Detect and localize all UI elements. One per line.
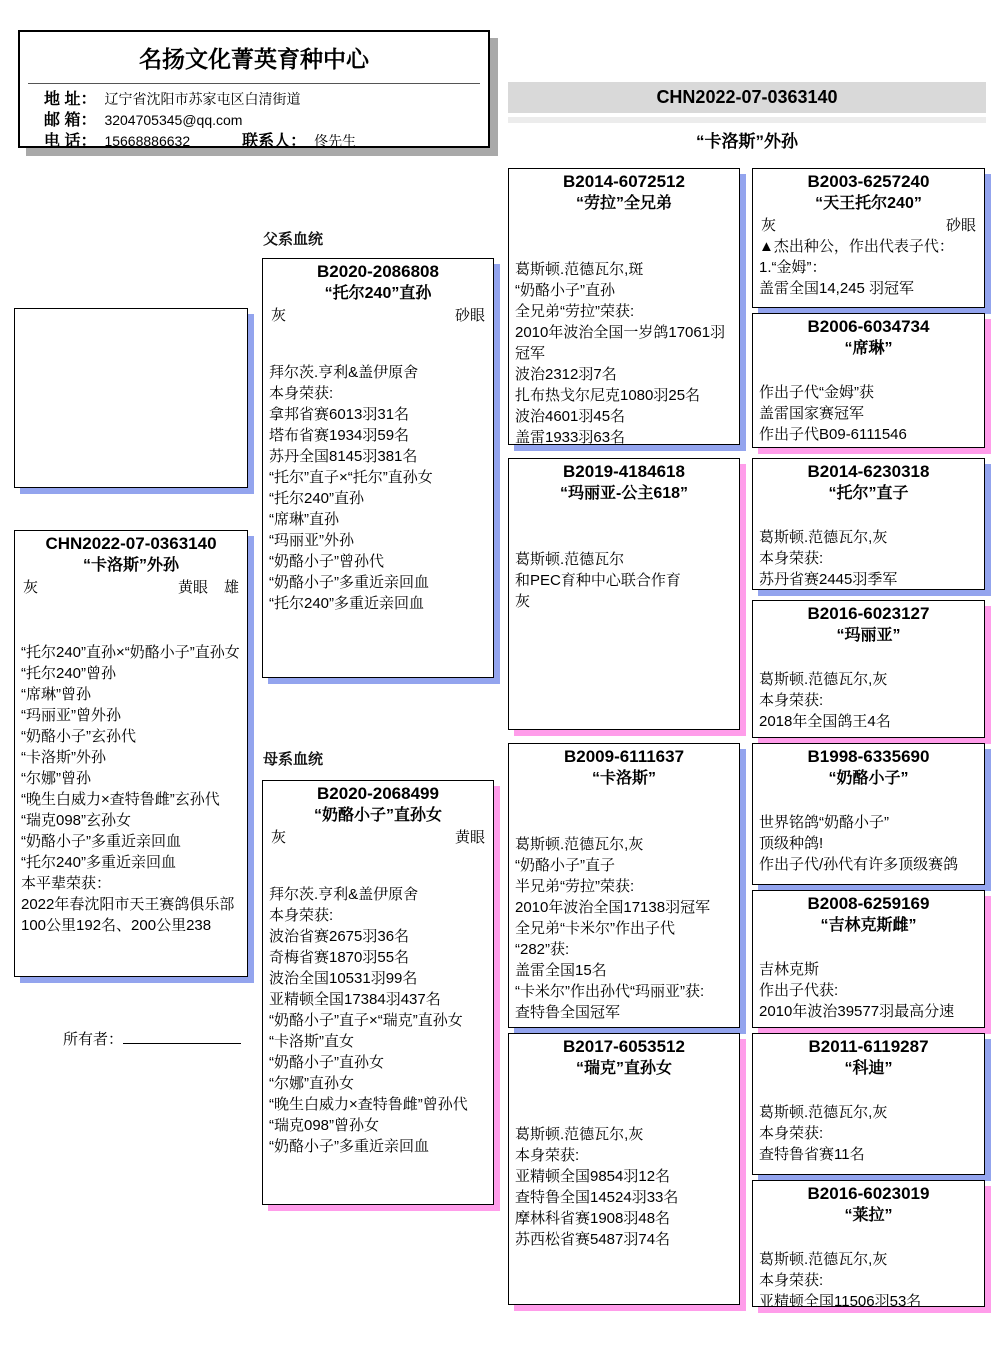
bird-name: “瑞克”直孙女 <box>515 1058 733 1080</box>
bird-name: “科迪” <box>759 1058 978 1080</box>
pedigree-notes: 葛斯顿.范德瓦尔,斑 “奶酪小子”直孙 全兄弟“劳拉”荣获: 2010年波治全国… <box>515 259 733 445</box>
phone-label: 电 话： <box>44 133 96 150</box>
pedigree-box-great-grandparent-6: B2008-6259169 “吉林克斯雌” 吉林克斯 作出子代获: 2010年波… <box>752 890 985 1028</box>
contact-label: 联系人： <box>242 133 306 150</box>
pedigree-notes: 葛斯顿.范德瓦尔,灰 本身荣获: 2018年全国鸽王4名 <box>759 669 978 732</box>
bird-name: “莱拉” <box>759 1205 978 1227</box>
ring-number: B2006-6034734 <box>759 316 978 338</box>
pedigree-notes: 葛斯顿.范德瓦尔 和PEC育种中心联合作育 灰 <box>515 549 733 612</box>
bird-name: “席琳” <box>759 338 978 360</box>
bird-name: “劳拉”全兄弟 <box>515 193 733 215</box>
sex-value: 雄 <box>224 579 239 596</box>
email-value: 3204705345@qq.com <box>104 112 242 128</box>
pedigree-notes: ▲杰出种公，作出代表子代： 1.“金姆”： 盖雷全国14,245 羽冠军 <box>759 236 978 299</box>
contact-value: 佟先生 <box>314 133 356 149</box>
pedigree-notes: 葛斯顿.范德瓦尔,灰 本身荣获: 亚精顿全国9854羽12名 查特鲁全国1452… <box>515 1124 733 1250</box>
traits-row: 灰 黄眼 <box>269 827 487 848</box>
traits-row: 灰 砂眼 <box>269 305 487 326</box>
pedigree-box-great-grandparent-2: B2006-6034734 “席琳” 作出子代“金姆”获 盖雷国家赛冠军 作出子… <box>752 313 985 448</box>
pedigree-box-grandmother-paternal: B2019-4184618 “玛丽亚-公主618” 葛斯顿.范德瓦尔 和PEC育… <box>508 458 740 730</box>
pedigree-box-grandfather-paternal: B2014-6072512 “劳拉”全兄弟 葛斯顿.范德瓦尔,斑 “奶酪小子”直… <box>508 168 740 445</box>
bird-name: “吉林克斯雌” <box>759 915 978 937</box>
pedigree-notes: 葛斯顿.范德瓦尔,灰 本身荣获: 亚精顿全国11506羽53名 <box>759 1249 978 1307</box>
owner-blank-line <box>123 1029 241 1044</box>
ring-number: B2020-2068499 <box>269 783 487 805</box>
ring-number: CHN2022-07-0363140 <box>21 533 241 555</box>
pedigree-notes: 拜尔茨.亨利&盖伊原舍 本身荣获: 拿邦省赛6013羽31名 塔布省赛1934羽… <box>269 362 487 614</box>
ring-number: B2014-6230318 <box>759 461 978 483</box>
address-value: 辽宁省沈阳市苏家屯区白清街道 <box>104 91 300 107</box>
photo-placeholder <box>14 308 248 488</box>
email-label: 邮 箱： <box>44 112 96 129</box>
pedigree-notes: 葛斯顿.范德瓦尔,灰 本身荣获: 查特鲁省赛11名 <box>759 1102 978 1165</box>
pedigree-box-grandmother-maternal: B2017-6053512 “瑞克”直孙女 葛斯顿.范德瓦尔,灰 本身荣获: 亚… <box>508 1033 740 1305</box>
bird-name: “玛丽亚” <box>759 625 978 647</box>
eye-value: 黄眼 <box>178 579 208 596</box>
ring-number: B2017-6053512 <box>515 1036 733 1058</box>
pedigree-notes: “托尔240”直孙×“奶酪小子”直孙女 “托尔240”曾孙 “席琳”曾孙 “玛丽… <box>21 642 241 936</box>
ring-number: B2020-2086808 <box>269 261 487 283</box>
traits-row: 灰 黄眼雄 <box>21 577 241 598</box>
pedigree-box-great-grandparent-8: B2016-6023019 “莱拉” 葛斯顿.范德瓦尔,灰 本身荣获: 亚精顿全… <box>752 1180 985 1307</box>
ring-bar-strip <box>508 117 986 123</box>
paternal-line-label: 父系血统 <box>263 228 323 249</box>
breeding-center-header: 名扬文化菁英育种中心 地 址：辽宁省沈阳市苏家屯区白清街道 邮 箱：320470… <box>18 30 490 148</box>
ring-number: B1998-6335690 <box>759 746 978 768</box>
email-row: 邮 箱：3204705345@qq.com <box>20 110 488 131</box>
bird-name: “奶酪小子” <box>759 768 978 790</box>
eye-sex-group: 黄眼雄 <box>162 577 239 598</box>
color-value: 灰 <box>761 215 776 236</box>
ring-number: B2011-6119287 <box>759 1036 978 1058</box>
pedigree-box-great-grandparent-7: B2011-6119287 “科迪” 葛斯顿.范德瓦尔,灰 本身荣获: 查特鲁省… <box>752 1033 985 1175</box>
pedigree-notes: 世界铭鸽“奶酪小子” 顶级种鸽! 作出子代/孙代有许多顶级赛鸽 <box>759 812 978 875</box>
bird-name: “卡洛斯”外孙 <box>21 555 241 577</box>
ring-number: B2014-6072512 <box>515 171 733 193</box>
ring-number: B2008-6259169 <box>759 893 978 915</box>
pedigree-notes: 葛斯顿.范德瓦尔,灰 本身荣获: 苏丹省赛2445羽季军 <box>759 527 978 590</box>
eye-value: 黄眼 <box>455 827 485 848</box>
ring-number: B2016-6023127 <box>759 603 978 625</box>
breeding-center-title: 名扬文化菁英育种中心 <box>20 32 488 74</box>
bird-name-heading: “卡洛斯”外孙 <box>508 127 986 152</box>
ring-number: B2016-6023019 <box>759 1183 978 1205</box>
traits-row: 灰 砂眼 <box>759 215 978 236</box>
ring-number: B2019-4184618 <box>515 461 733 483</box>
color-value: 灰 <box>271 827 286 848</box>
pedigree-box-great-grandparent-5: B1998-6335690 “奶酪小子” 世界铭鸽“奶酪小子” 顶级种鸽! 作出… <box>752 743 985 885</box>
pedigree-notes: 拜尔茨.亨利&盖伊原舍 本身荣获: 波治省赛2675羽36名 奇梅省赛1870羽… <box>269 884 487 1157</box>
pedigree-box-mother: B2020-2068499 “奶酪小子”直孙女 灰 黄眼 拜尔茨.亨利&盖伊原舍… <box>262 780 494 1205</box>
pedigree-box-great-grandparent-1: B2003-6257240 “天王托尔240” 灰 砂眼 ▲杰出种公，作出代表子… <box>752 168 985 308</box>
header-divider <box>28 83 480 84</box>
owner-label: 所有者： <box>63 1031 123 1048</box>
address-row: 地 址：辽宁省沈阳市苏家屯区白清街道 <box>20 89 488 110</box>
phone-row: 电 话：15668886632联系人：佟先生 <box>20 131 488 152</box>
address-label: 地 址： <box>44 91 96 108</box>
pedigree-notes: 吉林克斯 作出子代获: 2010年波治39577羽最高分速 <box>759 959 978 1022</box>
pedigree-notes: 作出子代“金姆”获 盖雷国家赛冠军 作出子代B09-6111546 <box>759 382 978 445</box>
bird-name: “卡洛斯” <box>515 768 733 790</box>
pedigree-notes: 葛斯顿.范德瓦尔,灰 “奶酪小子”直子 半兄弟“劳拉”荣获: 2010年波治全国… <box>515 834 733 1023</box>
color-value: 灰 <box>23 577 38 598</box>
pedigree-box-great-grandparent-4: B2016-6023127 “玛丽亚” 葛斯顿.范德瓦尔,灰 本身荣获: 201… <box>752 600 985 738</box>
pedigree-box-father: B2020-2086808 “托尔240”直孙 灰 砂眼 拜尔茨.亨利&盖伊原舍… <box>262 258 494 678</box>
eye-value: 砂眼 <box>946 215 976 236</box>
bird-name: “奶酪小子”直孙女 <box>269 805 487 827</box>
maternal-line-label: 母系血统 <box>263 748 323 769</box>
eye-value: 砂眼 <box>455 305 485 326</box>
bird-name: “托尔240”直孙 <box>269 283 487 305</box>
color-value: 灰 <box>271 305 286 326</box>
ring-number: B2009-6111637 <box>515 746 733 768</box>
bird-name: “托尔”直子 <box>759 483 978 505</box>
phone-value: 15668886632 <box>104 133 190 149</box>
bird-name: “天王托尔240” <box>759 193 978 215</box>
ring-number-bar: CHN2022-07-0363140 <box>508 82 986 113</box>
pedigree-box-grandfather-maternal: B2009-6111637 “卡洛斯” 葛斯顿.范德瓦尔,灰 “奶酪小子”直子 … <box>508 743 740 1028</box>
owner-row: 所有者： <box>63 1028 241 1049</box>
pedigree-box-main-bird: CHN2022-07-0363140 “卡洛斯”外孙 灰 黄眼雄 “托尔240”… <box>14 530 248 977</box>
bird-name: “玛丽亚-公主618” <box>515 483 733 505</box>
pedigree-box-great-grandparent-3: B2014-6230318 “托尔”直子 葛斯顿.范德瓦尔,灰 本身荣获: 苏丹… <box>752 458 985 590</box>
ring-number: B2003-6257240 <box>759 171 978 193</box>
